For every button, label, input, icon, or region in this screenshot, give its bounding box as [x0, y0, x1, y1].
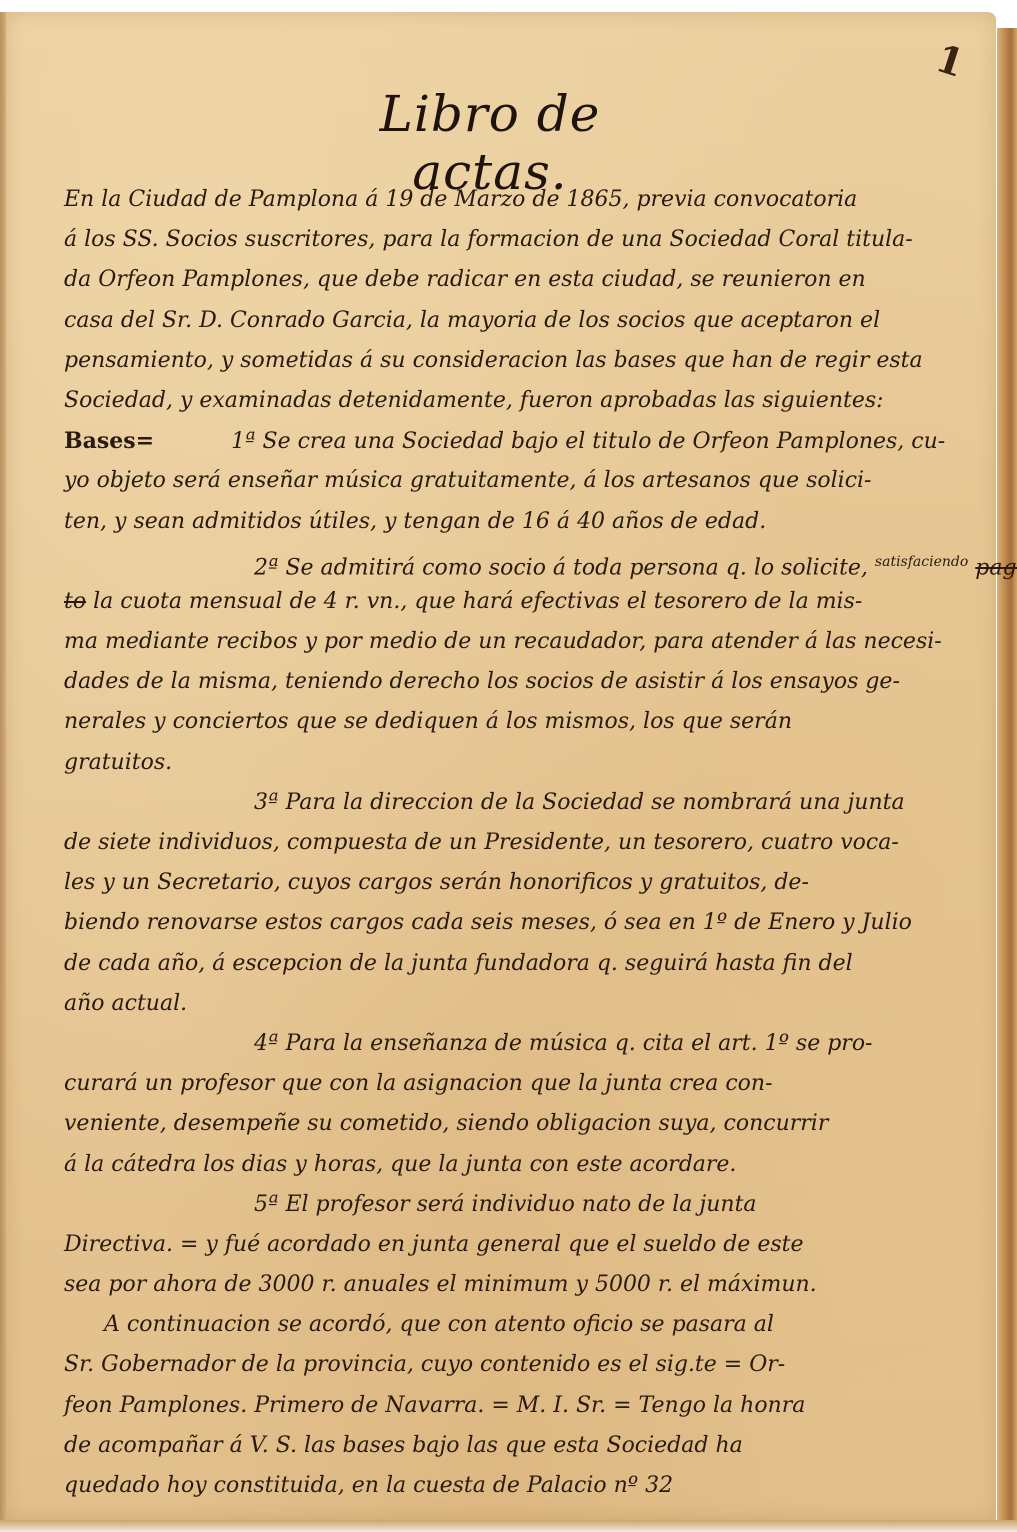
base-text: El profesor será individuo nato de la ju… — [285, 1192, 756, 1217]
text-line: á los SS. Socios suscritores, para la fo… — [64, 220, 964, 260]
text-line: ma mediante recibos y por medio de un re… — [64, 622, 964, 662]
base-text: la cuota mensual de 4 r. vn., que hará e… — [93, 589, 862, 614]
base-number: 2ª — [254, 555, 278, 580]
text-line: á la cátedra los dias y horas, que la ju… — [64, 1145, 964, 1185]
text-line: dades de la misma, teniendo derecho los … — [64, 662, 964, 702]
text-line: da Orfeon Pamplones, que debe radicar en… — [64, 260, 964, 300]
text-line: de cada año, á escepcion de la junta fun… — [64, 944, 964, 984]
base-number: 5ª — [254, 1192, 278, 1217]
text-line: pensamiento, y sometidas á su considerac… — [64, 341, 964, 381]
base-text: Para la enseñanza de música q. cita el a… — [285, 1031, 872, 1056]
text-line: Directiva. = y fué acordado en junta gen… — [64, 1225, 964, 1265]
page-bottom-edge — [0, 1520, 1017, 1532]
text-line: les y un Secretario, cuyos cargos serán … — [64, 863, 964, 903]
base-number: 1ª — [231, 429, 255, 454]
manuscript-body: En la Ciudad de Pamplona á 19 de Marzo d… — [64, 180, 964, 1506]
text-line: gratuitos. — [64, 743, 964, 783]
base-4-line: 4ª Para la enseñanza de música q. cita e… — [64, 1024, 964, 1064]
text-line: año actual. — [64, 984, 964, 1024]
base-text: Para la direccion de la Sociedad se nomb… — [285, 790, 904, 815]
text-line: de siete individuos, compuesta de un Pre… — [64, 823, 964, 863]
base-1-line: Bases= 1ª Se crea una Sociedad bajo el t… — [64, 421, 964, 461]
page-stack-edge — [997, 28, 1017, 1524]
text-line: ten, y sean admitidos útiles, y tengan d… — [64, 502, 964, 542]
bases-heading: Bases= — [64, 428, 154, 454]
text-line: nerales y conciertos que se dediquen á l… — [64, 702, 964, 742]
text-line: Sociedad, y examinadas detenidamente, fu… — [64, 381, 964, 421]
text-line: A continuacion se acordó, que con atento… — [64, 1305, 964, 1345]
text-line: to la cuota mensual de 4 r. vn., que har… — [64, 582, 964, 622]
text-line: En la Ciudad de Pamplona á 19 de Marzo d… — [64, 180, 964, 220]
text-line: sea por ahora de 3000 r. anuales el mini… — [64, 1265, 964, 1305]
text-line: veniente, desempeñe su cometido, siendo … — [64, 1104, 964, 1144]
text-line: curará un profesor que con la asignacion… — [64, 1064, 964, 1104]
base-5-line: 5ª El profesor será individuo nato de la… — [64, 1185, 964, 1225]
text-line: casa del Sr. D. Conrado Garcia, la mayor… — [64, 301, 964, 341]
base-2-line: 2ª Se admitirá como socio á toda persona… — [64, 542, 964, 582]
struck-prefix: to — [64, 589, 86, 614]
base-number: 3ª — [254, 790, 278, 815]
text-line: de acompañar á V. S. las bases bajo las … — [64, 1426, 964, 1466]
insertion-note: satisfaciendo — [875, 554, 968, 570]
base-text: Se crea una Sociedad bajo el titulo de O… — [263, 429, 946, 454]
text-line: Sr. Gobernador de la provincia, cuyo con… — [64, 1345, 964, 1385]
text-line: quedado hoy constituida, en la cuesta de… — [64, 1466, 964, 1506]
base-3-line: 3ª Para la direccion de la Sociedad se n… — [64, 783, 964, 823]
base-number: 4ª — [254, 1031, 278, 1056]
text-line: biendo renovarse estos cargos cada seis … — [64, 903, 964, 943]
text-line: feon Pamplones. Primero de Navarra. = M.… — [64, 1386, 964, 1426]
struck-word: pagando — [975, 555, 1017, 580]
base-text: Se admitirá como socio á toda persona q.… — [285, 555, 867, 580]
text-line: yo objeto será enseñar música gratuitame… — [64, 461, 964, 501]
